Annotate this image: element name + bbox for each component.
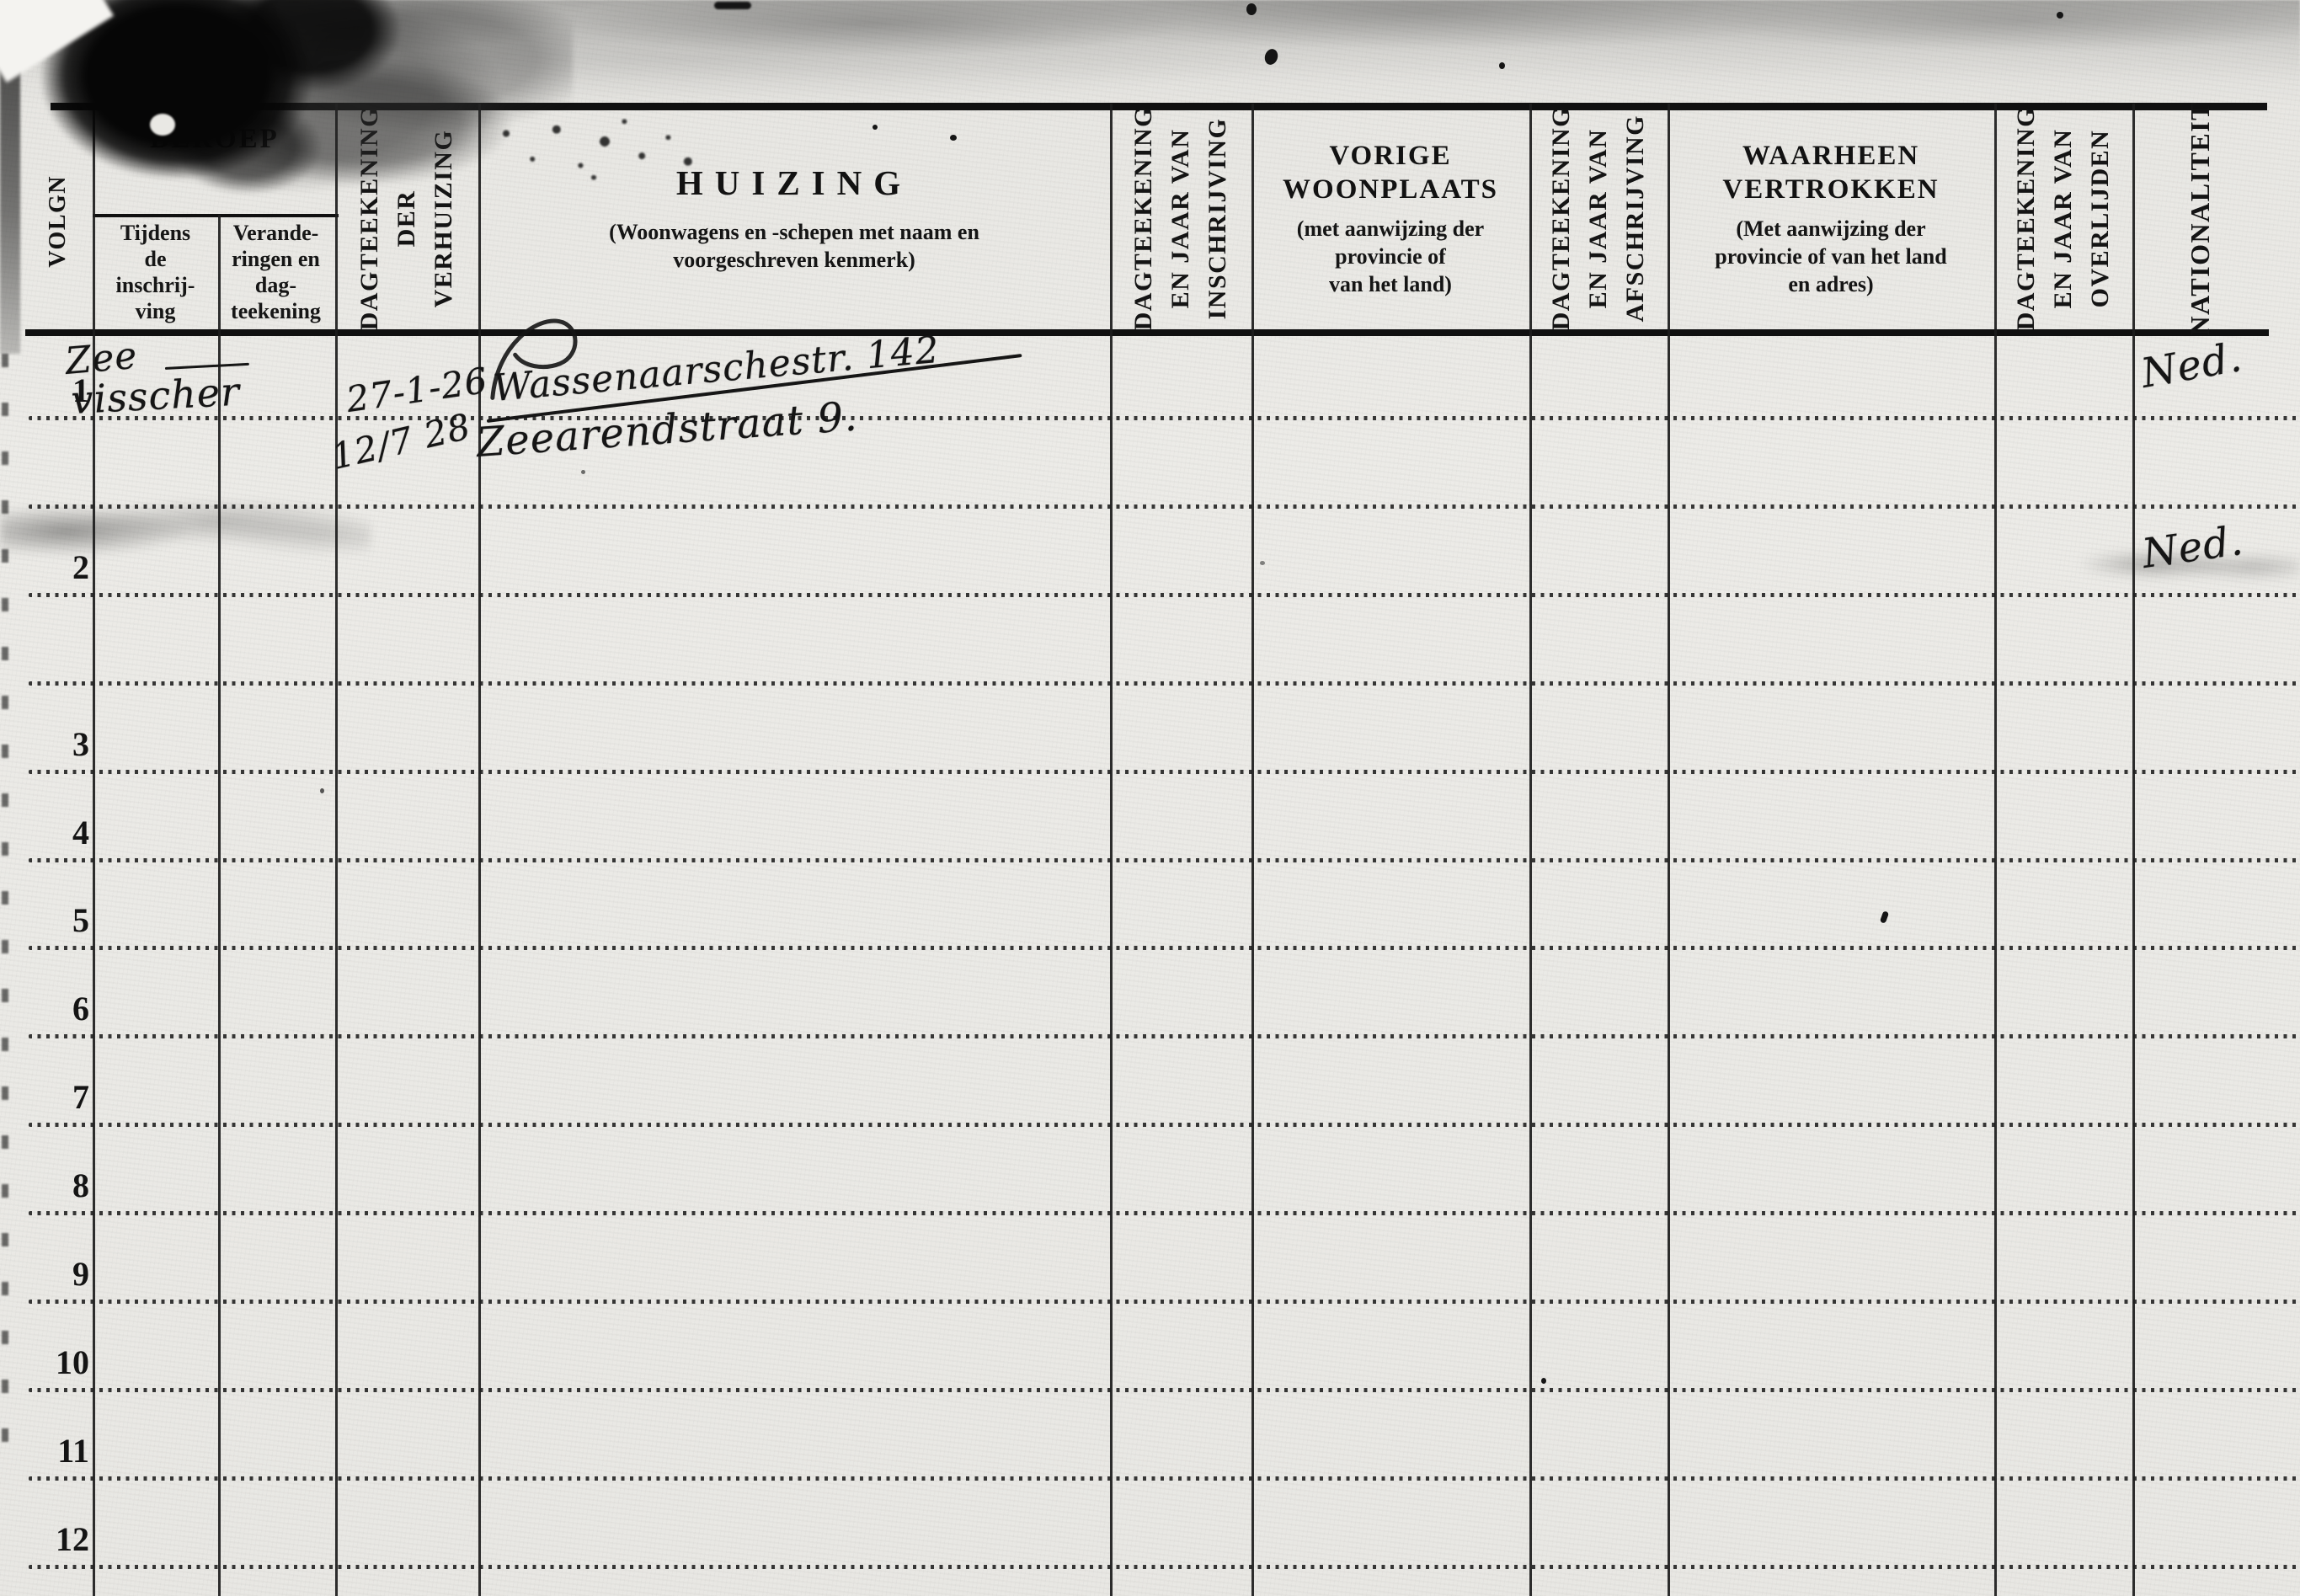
scanned-register-page: VOLGN BEROEP Tijdens de inschrij- ving V… bbox=[0, 0, 2300, 1596]
nationaliteit-label: NATIONALITEIT bbox=[2181, 101, 2218, 336]
row-dotted-rule bbox=[29, 504, 2300, 509]
beroep-tijdens-label: Tijdens de inschrij- ving bbox=[116, 220, 195, 324]
verhuizing-label: DAGTEEKENING DER VERHUIZING bbox=[351, 106, 462, 330]
row-dotted-rule bbox=[29, 770, 2300, 774]
huizing-title: HUIZING bbox=[676, 163, 912, 203]
header-dagteekening-verhuizing: DAGTEEKENING DER VERHUIZING bbox=[335, 108, 478, 328]
volgnummer-label: VOLGN bbox=[40, 175, 77, 268]
row-number: 7 bbox=[30, 1077, 89, 1117]
ink-stain-white-hole bbox=[150, 114, 175, 136]
row-dotted-rule bbox=[29, 1388, 2300, 1392]
header-nationaliteit: NATIONALITEIT bbox=[2132, 108, 2267, 328]
row-number: 3 bbox=[30, 724, 89, 764]
waarheen-subtitle: (Met aanwijzing der provincie of van het… bbox=[1715, 215, 1946, 298]
header-dagteekening-inschrijving: DAGTEEKENING EN JAAR VAN INSCHRIJVING bbox=[1110, 108, 1251, 328]
header-beroep-tijdens: Tijdens de inschrij- ving bbox=[94, 217, 216, 327]
row-number: 12 bbox=[30, 1519, 89, 1559]
header-beroep-veranderingen: Verande- ringen en dag- teekening bbox=[218, 217, 334, 327]
header-dagteekening-afschrijving: DAGTEEKENING EN JAAR VAN AFSCHRIJVING bbox=[1529, 108, 1668, 328]
overlijden-label: DAGTEEKENING EN JAAR VAN OVERLIJDEN bbox=[2008, 106, 2119, 330]
row-number: 8 bbox=[30, 1166, 89, 1205]
row-dotted-rule bbox=[29, 858, 2300, 862]
row-number: 4 bbox=[30, 813, 89, 852]
row-dotted-rule bbox=[29, 946, 2300, 950]
header-volgnummer: VOLGN bbox=[24, 118, 93, 324]
header-huizing: HUIZING (Woonwagens en -schepen met naam… bbox=[478, 108, 1110, 328]
row-dotted-rule bbox=[29, 681, 2300, 686]
header-waarheen-vertrokken: WAARHEEN VERTROKKEN (Met aanwijzing der … bbox=[1668, 108, 1994, 328]
row-dotted-rule bbox=[29, 1034, 2300, 1038]
row-number: 9 bbox=[30, 1254, 89, 1294]
inschrijving-label: DAGTEEKENING EN JAAR VAN INSCHRIJVING bbox=[1125, 106, 1236, 330]
huizing-subtitle: (Woonwagens en -schepen met naam en voor… bbox=[609, 218, 979, 274]
row-dotted-rule bbox=[29, 1123, 2300, 1127]
row-number: 6 bbox=[30, 989, 89, 1028]
row-dotted-rule bbox=[29, 1300, 2300, 1304]
row-dotted-rule bbox=[29, 1565, 2300, 1569]
header-beroep: BEROEP bbox=[94, 111, 335, 167]
row-dotted-rule bbox=[29, 1211, 2300, 1215]
header-vorige-woonplaats: VORIGE WOONPLAATS (met aanwijzing der pr… bbox=[1251, 108, 1529, 328]
row-number: 11 bbox=[30, 1431, 89, 1471]
beroep-veranderingen-label: Verande- ringen en dag- teekening bbox=[231, 220, 321, 324]
waarheen-title: WAARHEEN VERTROKKEN bbox=[1722, 139, 1939, 206]
vorige-woonplaats-subtitle: (met aanwijzing der provincie of van het… bbox=[1297, 215, 1484, 298]
row-number: 5 bbox=[30, 900, 89, 940]
entry-beroep-line2: visscher bbox=[70, 369, 241, 423]
row-number: 2 bbox=[30, 547, 89, 587]
afschrijving-label: DAGTEEKENING EN JAAR VAN AFSCHRIJVING bbox=[1543, 106, 1654, 330]
row-number: 10 bbox=[30, 1342, 89, 1382]
row-dotted-rule bbox=[29, 593, 2300, 597]
vorige-woonplaats-title: VORIGE WOONPLAATS bbox=[1283, 139, 1498, 206]
row-dotted-rule bbox=[29, 1476, 2300, 1481]
header-dagteekening-overlijden: DAGTEEKENING EN JAAR VAN OVERLIJDEN bbox=[1994, 108, 2132, 328]
